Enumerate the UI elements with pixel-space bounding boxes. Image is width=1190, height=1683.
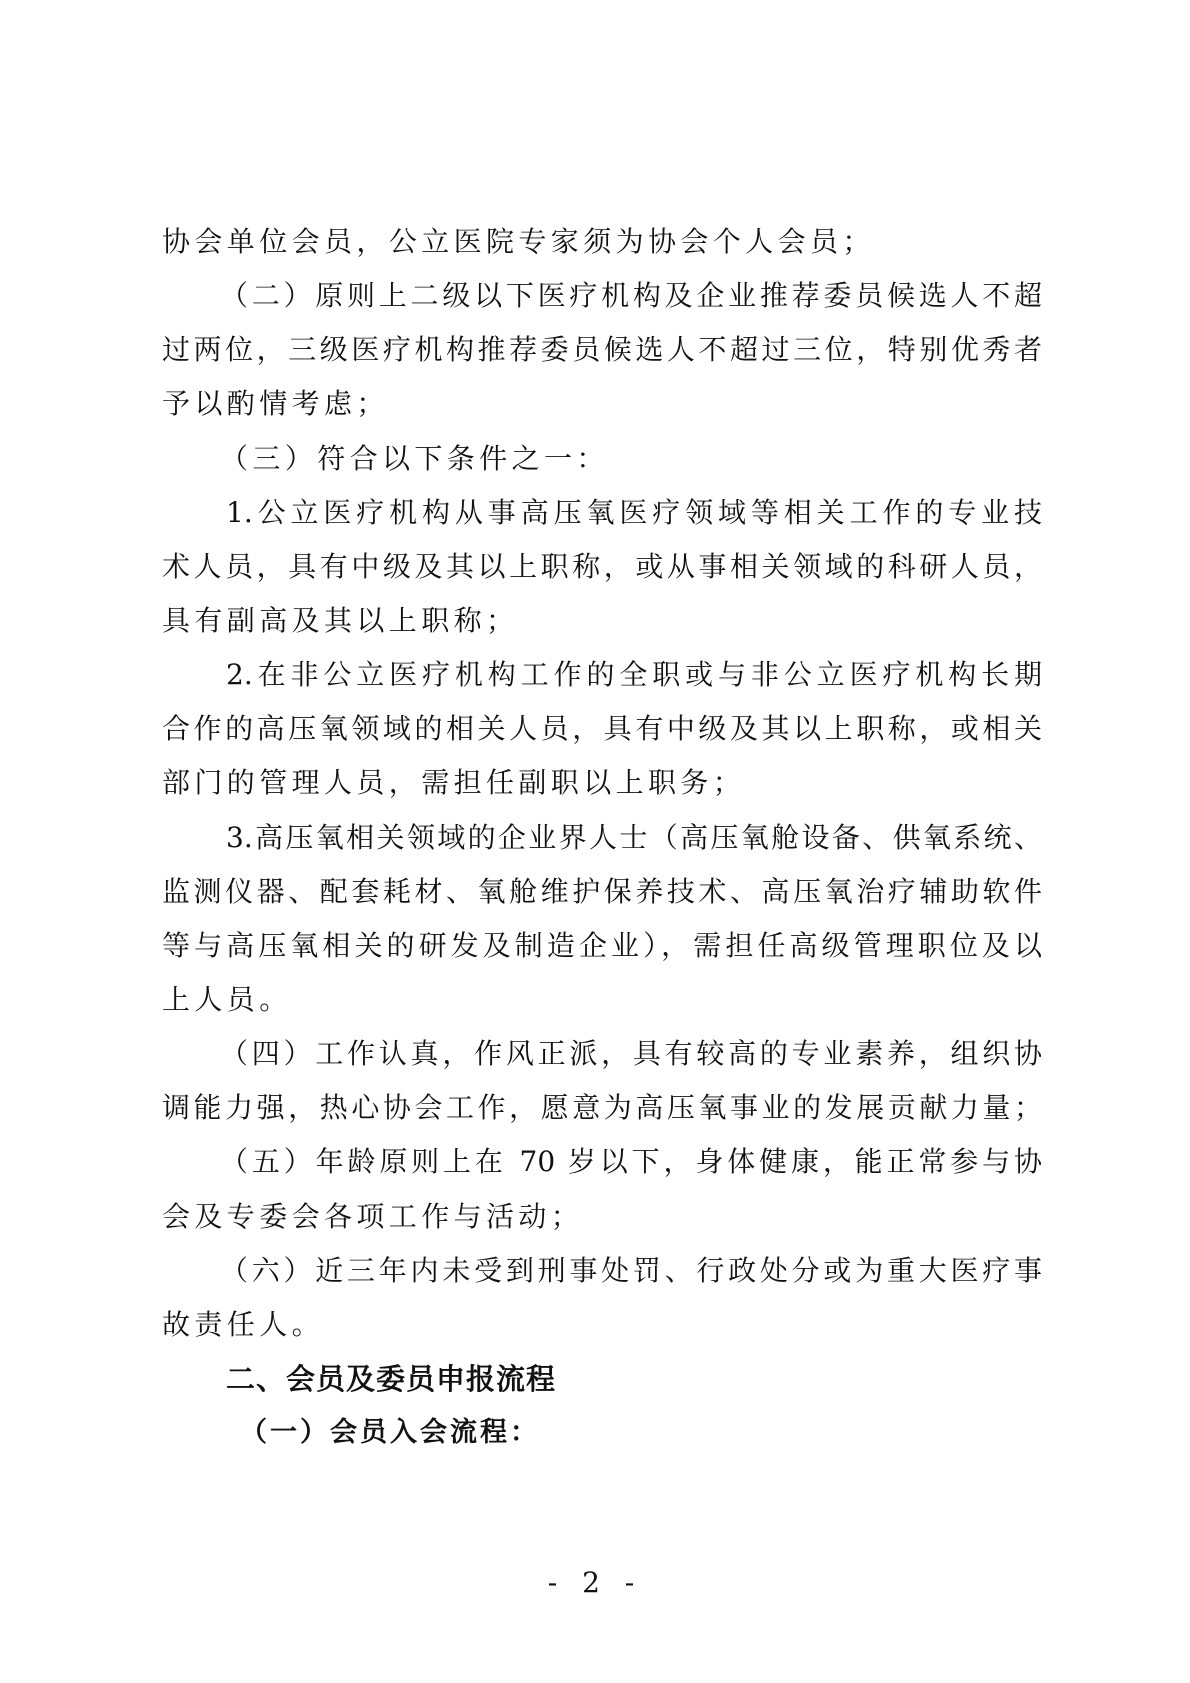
paragraph-line: 协会单位会员，公立医院专家须为协会个人会员；: [162, 215, 1042, 269]
document-body: 协会单位会员，公立医院专家须为协会个人会员； （二）原则上二级以下医疗机构及企业…: [162, 215, 1042, 1460]
paragraph-line: 予以酌情考虑；: [162, 377, 1042, 431]
paragraph-line: （五）年龄原则上在 70 岁以下，身体健康，能正常参与协: [162, 1135, 1042, 1189]
paragraph-line: 1.公立医疗机构从事高压氧医疗领域等相关工作的专业技: [162, 486, 1042, 540]
paragraph-line: 故责任人。: [162, 1298, 1042, 1352]
document-page: 协会单位会员，公立医院专家须为协会个人会员； （二）原则上二级以下医疗机构及企业…: [0, 0, 1190, 1683]
section-heading: 二、会员及委员申报流程: [162, 1352, 1042, 1406]
paragraph-line: 术人员，具有中级及其以上职称，或从事相关领域的科研人员，: [162, 540, 1042, 594]
subsection-heading: （一）会员入会流程：: [162, 1406, 1042, 1460]
paragraph-line: （二）原则上二级以下医疗机构及企业推荐委员候选人不超: [162, 269, 1042, 323]
paragraph-line: 等与高压氧相关的研发及制造企业），需担任高级管理职位及以: [162, 919, 1042, 973]
paragraph-line: （四）工作认真，作风正派，具有较高的专业素养，组织协: [162, 1027, 1042, 1081]
paragraph-line: 会及专委会各项工作与活动；: [162, 1190, 1042, 1244]
paragraph-line: 部门的管理人员，需担任副职以上职务；: [162, 756, 1042, 810]
paragraph-line: 3.高压氧相关领域的企业界人士（高压氧舱设备、供氧系统、: [162, 811, 1042, 865]
paragraph-line: 合作的高压氧领域的相关人员，具有中级及其以上职称，或相关: [162, 702, 1042, 756]
paragraph-line: （三）符合以下条件之一：: [162, 432, 1042, 486]
paragraph-line: 2.在非公立医疗机构工作的全职或与非公立医疗机构长期: [162, 648, 1042, 702]
paragraph-line: 调能力强，热心协会工作，愿意为高压氧事业的发展贡献力量；: [162, 1081, 1042, 1135]
page-number: - 2 -: [0, 1566, 1190, 1599]
paragraph-line: 监测仪器、配套耗材、氧舱维护保养技术、高压氧治疗辅助软件: [162, 865, 1042, 919]
paragraph-line: （六）近三年内未受到刑事处罚、行政处分或为重大医疗事: [162, 1244, 1042, 1298]
paragraph-line: 具有副高及其以上职称；: [162, 594, 1042, 648]
paragraph-line: 上人员。: [162, 973, 1042, 1027]
paragraph-line: 过两位，三级医疗机构推荐委员候选人不超过三位，特别优秀者: [162, 323, 1042, 377]
